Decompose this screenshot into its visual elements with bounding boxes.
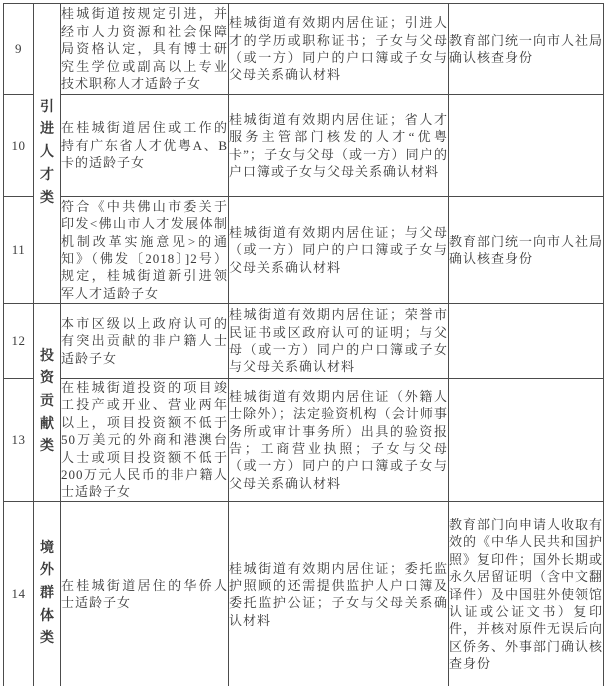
verification-cell [449,95,604,197]
category-cell-overseas: 境外群体类 [34,501,61,686]
category-cell-talent: 引进人才类 [34,4,61,304]
materials-cell: 桂城街道有效期内居住证（外籍人士除外）；法定验资机构（会计师事务所或审计事务所）… [229,379,449,502]
condition-cell: 本市区级以上政府认可的有突出贡献的非户籍人士适龄子女 [61,304,229,379]
row-number: 14 [4,501,34,686]
table-row: 14 境外群体类 在桂城街道居住的华侨人士适龄子女 桂城街道有效期内居住证；委托… [4,501,604,686]
row-number: 12 [4,304,34,379]
row-number: 10 [4,95,34,197]
category-cell-investment: 投资贡献类 [34,304,61,502]
condition-cell: 符合《中共佛山市委关于印发<佛山市人才发展体制机制改革实施意见>的通知》（佛发〔… [61,197,229,304]
condition-cell: 桂城街道按规定引进，并经市人力资源和社会保障局资格认定，具有博士研究生学位或副高… [61,4,229,95]
verification-cell: 教育部门向申请人收取有效的《中华人民共和国护照》复印件；国外长期或永久居留证明（… [449,501,604,686]
table-row: 10 在桂城街道居住或工作的持有广东省人才优粤A、B卡的适龄子女 桂城街道有效期… [4,95,604,197]
materials-cell: 桂城街道有效期内居住证；与父母（或一方）同户的户口簿或子女与父母关系确认材料 [229,197,449,304]
verification-cell: 教育部门统一向市人社局确认核查身份 [449,4,604,95]
document-page: 9 引进人才类 桂城街道按规定引进，并经市人力资源和社会保障局资格认定，具有博士… [0,0,606,686]
category-label: 境外群体类 [40,538,55,651]
row-number: 11 [4,197,34,304]
category-label: 投资贡献类 [40,346,55,459]
table-row: 12 投资贡献类 本市区级以上政府认可的有突出贡献的非户籍人士适龄子女 桂城街道… [4,304,604,379]
verification-cell [449,304,604,379]
condition-cell: 在桂城街道居住或工作的持有广东省人才优粤A、B卡的适龄子女 [61,95,229,197]
verification-cell: 教育部门统一向市人社局确认核查身份 [449,197,604,304]
condition-cell: 在桂城街道居住的华侨人士适龄子女 [61,501,229,686]
verification-cell [449,379,604,502]
row-number: 13 [4,379,34,502]
table-row: 13 在桂城街道投资的项目竣工投产或开业、营业两年以上，项目投资额不低于50万美… [4,379,604,502]
row-number: 9 [4,4,34,95]
materials-cell: 桂城街道有效期内居住证；荣誉市民证书或区政府认可的证明；与父母（或一方）同户的户… [229,304,449,379]
materials-cell: 桂城街道有效期内居住证；引进人才的学历或职称证书；子女与父母（或一方）同户的户口… [229,4,449,95]
materials-cell: 桂城街道有效期内居住证；委托监护照顾的还需提供监护人户口簿及委托监护公证；子女与… [229,501,449,686]
admission-categories-table: 9 引进人才类 桂城街道按规定引进，并经市人力资源和社会保障局资格认定，具有博士… [3,3,604,686]
materials-cell: 桂城街道有效期内居住证；省人才服务主管部门核发的人才“优粤卡”；子女与父母（或一… [229,95,449,197]
table-row: 11 符合《中共佛山市委关于印发<佛山市人才发展体制机制改革实施意见>的通知》（… [4,197,604,304]
table-row: 9 引进人才类 桂城街道按规定引进，并经市人力资源和社会保障局资格认定，具有博士… [4,4,604,95]
category-label: 引进人才类 [40,97,55,210]
condition-cell: 在桂城街道投资的项目竣工投产或开业、营业两年以上，项目投资额不低于50万美元的外… [61,379,229,502]
